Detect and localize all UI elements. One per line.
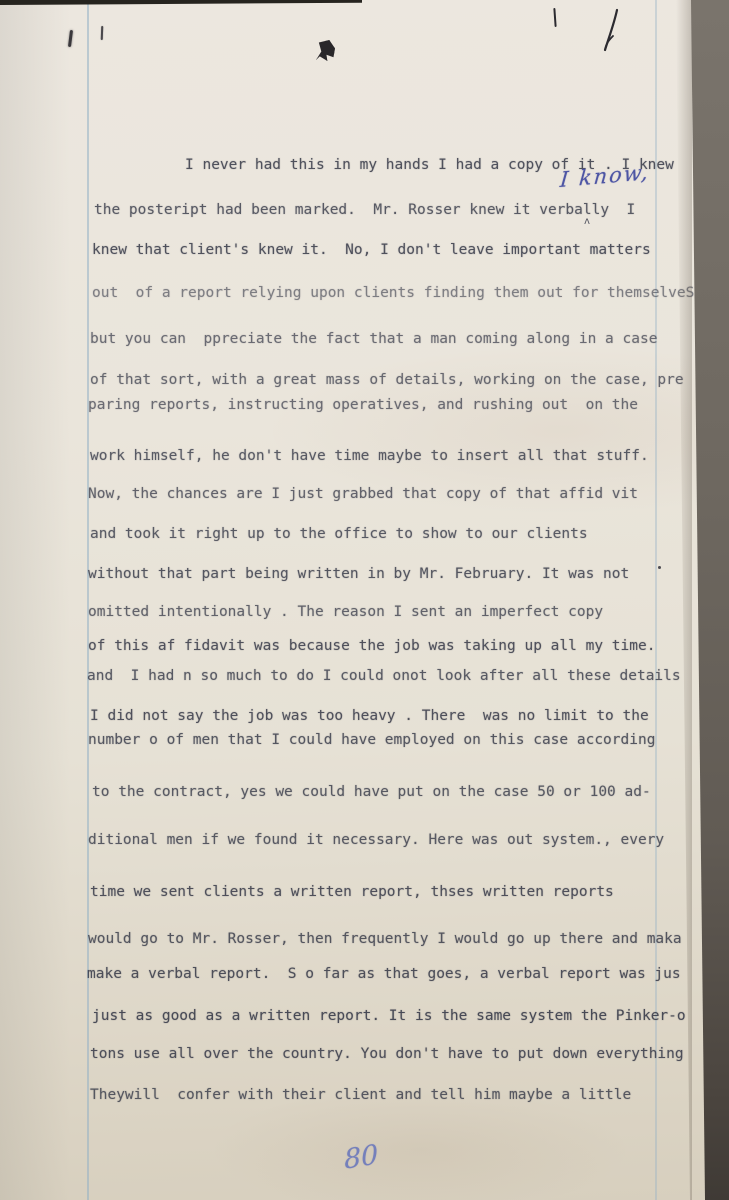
document-page: I never had this in my hands I had a cop… [0, 0, 729, 1200]
text-line: without that part being written in by Mr… [88, 565, 629, 583]
text-line: Theywill confer with their client and te… [90, 1086, 631, 1104]
text-line: of that sort, with a great mass of detai… [90, 371, 684, 389]
text-line: work himself, he don't have time maybe t… [90, 447, 649, 465]
text-line: omitted intentionally . The reason I sen… [88, 603, 603, 621]
text-line: ditional men if we found it necessary. H… [88, 831, 664, 849]
insertion-caret-mark: ʌ [584, 216, 590, 227]
stray-ink-dot [658, 566, 661, 569]
text-line: but you can ppreciate the fact that a ma… [90, 330, 657, 348]
text-line: tons use all over the country. You don't… [90, 1045, 684, 1063]
text-line: would go to Mr. Rosser, then frequently … [88, 930, 682, 948]
text-line: of this af fidavit was because the job w… [88, 637, 655, 655]
text-line: just as good as a written report. It is … [92, 1007, 686, 1025]
text-line: Now, the chances are I just grabbed that… [88, 485, 638, 503]
check-stroke-icon [600, 8, 622, 54]
ink-check-mark [600, 8, 622, 54]
text-line: make a verbal report. S o far as that go… [87, 965, 681, 983]
text-line: and I had n so much to do I could onot l… [87, 667, 681, 685]
handwritten-page-number: 80 [343, 1139, 379, 1176]
text-line: the posteript had been marked. Mr. Rosse… [94, 201, 635, 219]
text-line: time we sent clients a written report, t… [90, 883, 614, 901]
text-line: and took it right up to the office to sh… [90, 525, 588, 543]
text-line: number o of men that I could have employ… [88, 731, 655, 749]
text-line: to the contract, yes we could have put o… [92, 783, 651, 801]
text-line: I did not say the job was too heavy . Th… [90, 707, 649, 725]
text-line: out of a report relying upon clients fin… [92, 284, 703, 302]
text-line: paring reports, instructing operatives, … [88, 396, 638, 414]
text-line: knew that client's knew it. No, I don't … [92, 241, 651, 259]
